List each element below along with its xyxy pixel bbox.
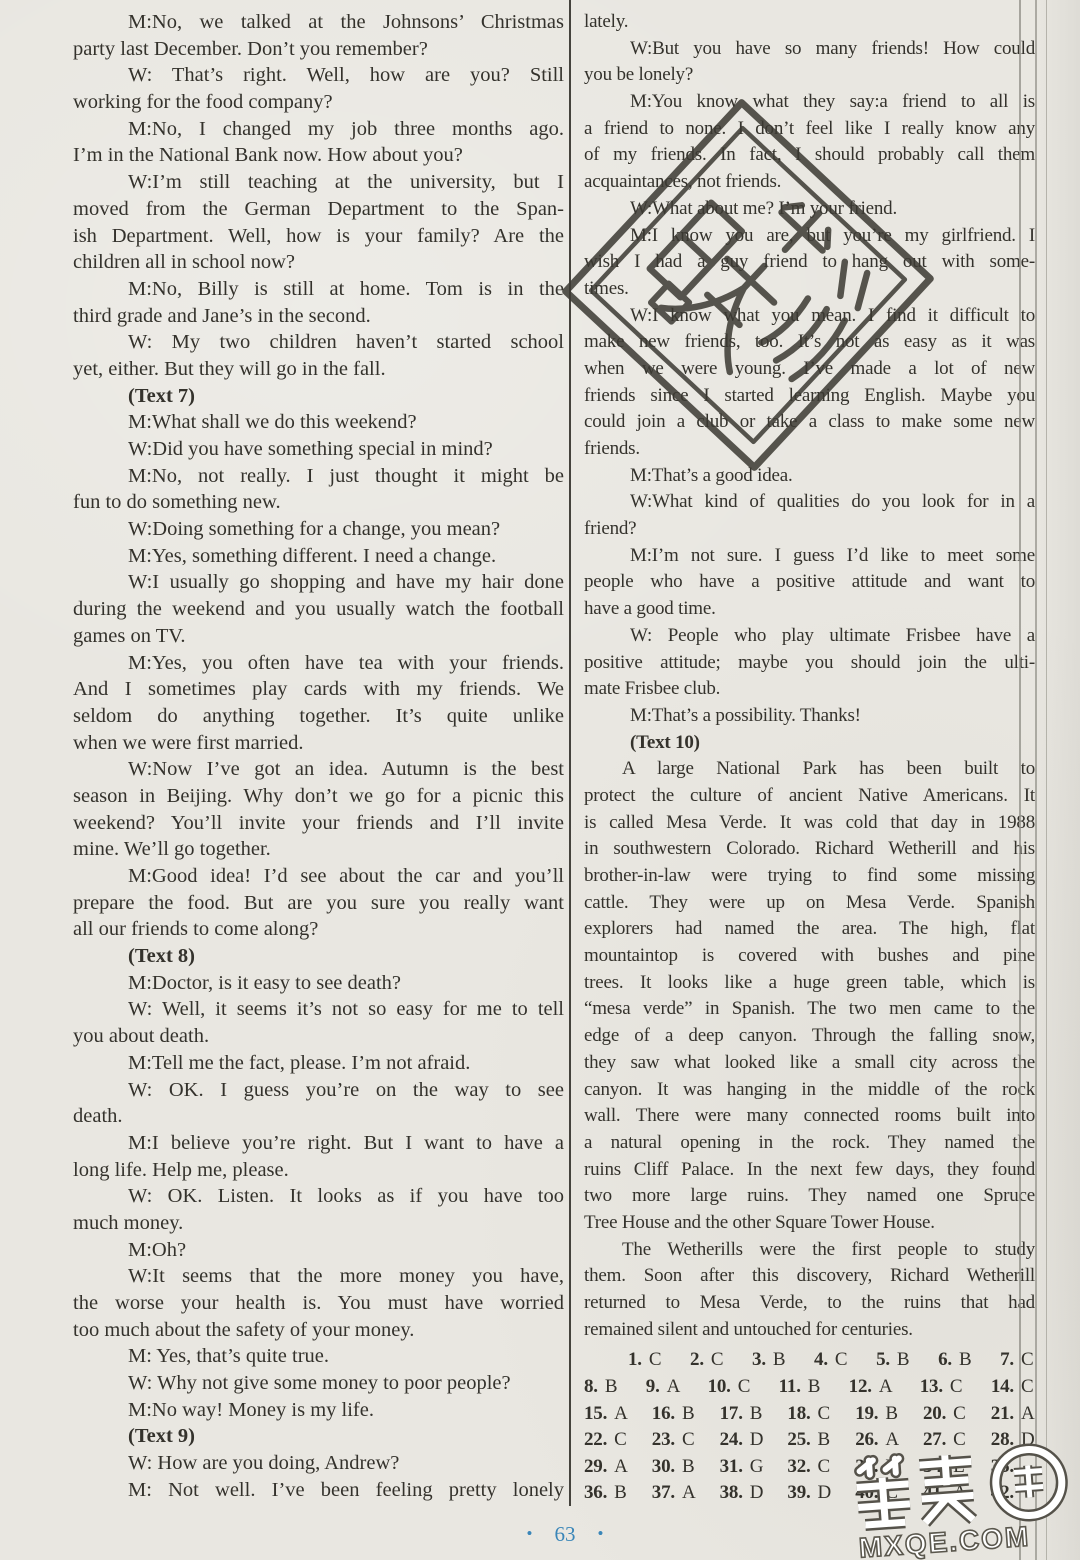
transcript-line: third grade and Jane’s in the second.: [73, 303, 564, 330]
section-heading: (Text 7): [73, 383, 564, 410]
transcript-line: brother-in-law were trying to find some …: [584, 863, 1035, 890]
transcript-line: seldom do anything together. It’s quite …: [73, 703, 564, 730]
answer-item: 20.C: [923, 1401, 967, 1428]
transcript-line: ish Department. Well, how is your family…: [73, 223, 564, 250]
answer-number: 38.: [720, 1480, 743, 1507]
transcript-line: W:Did you have something special in mind…: [73, 436, 564, 463]
transcript-line: in southwestern Colorado. Richard Wether…: [584, 836, 1035, 863]
transcript-line: M: Yes, that’s quite true.: [73, 1343, 564, 1370]
transcript-line: A large National Park has been built to: [584, 756, 1035, 783]
answer-number: 13.: [920, 1374, 943, 1401]
transcript-line: W:Doing something for a change, you mean…: [73, 516, 564, 543]
answer-item: 12.A: [849, 1374, 893, 1401]
transcript-line: during the weekend and you usually watch…: [73, 596, 564, 623]
transcript-line: wall. There were many connected rooms bu…: [584, 1103, 1035, 1130]
transcript-line: explorers had named the area. The high, …: [584, 916, 1035, 943]
answer-letter: B: [682, 1454, 696, 1481]
answer-number: 15.: [584, 1401, 607, 1428]
answer-item: 36.B: [584, 1480, 628, 1507]
transcript-line: people who have a positive attitude and …: [584, 569, 1035, 596]
answer-number: 24.: [720, 1427, 743, 1454]
transcript-line: protect the culture of ancient Native Am…: [584, 783, 1035, 810]
scan-line: [1035, 0, 1037, 1560]
transcript-line: all our friends to come along?: [73, 916, 564, 943]
transcript-line: mountaintop is covered with bushes and p…: [584, 943, 1035, 970]
answer-number: 29.: [584, 1454, 607, 1481]
answer-number: 19.: [855, 1401, 878, 1428]
transcript-line: M:No way! Money is my life.: [73, 1397, 564, 1424]
answer-number: 12.: [849, 1374, 872, 1401]
answer-item: 17.B: [720, 1401, 764, 1428]
answer-number: 6.: [938, 1347, 952, 1374]
transcript-line: W:Now I’ve got an idea. Autumn is the be…: [73, 756, 564, 783]
transcript-line: W: How are you doing, Andrew?: [73, 1450, 564, 1477]
transcript-line: W:But you have so many friends! How coul…: [584, 36, 1035, 63]
answer-item: 16.B: [652, 1401, 696, 1428]
answer-item: 1.C: [628, 1347, 663, 1374]
transcript-line: M:No, Billy is still at home. Tom is in …: [73, 276, 564, 303]
transcript-line: W: People who play ultimate Frisbee have…: [584, 623, 1035, 650]
transcript-line: M:No, not really. I just thought it migh…: [73, 463, 564, 490]
answer-letter: D: [750, 1427, 764, 1454]
answer-number: 9.: [646, 1374, 660, 1401]
answer-item: 2.C: [690, 1347, 725, 1374]
transcript-line: have a good time.: [584, 596, 1035, 623]
answer-letter: B: [818, 1427, 832, 1454]
answer-letter: C: [835, 1347, 849, 1374]
transcript-line: children all in school now?: [73, 249, 564, 276]
transcript-line: returned to Mesa Verde, to the ruins tha…: [584, 1290, 1035, 1317]
answer-number: 22.: [584, 1427, 607, 1454]
answer-letter: B: [808, 1374, 822, 1401]
answer-letter: C: [950, 1374, 964, 1401]
transcript-line: W: Well, it seems it’s not so easy for m…: [73, 996, 564, 1023]
answer-letter: C: [649, 1347, 663, 1374]
transcript-line: two more large ruins. They named one Spr…: [584, 1183, 1035, 1210]
answer-letter: G: [750, 1454, 764, 1481]
answer-letter: C: [953, 1401, 967, 1428]
transcript-line: friend?: [584, 516, 1035, 543]
answer-letter: C: [818, 1454, 832, 1481]
transcript-line: remained silent and untouched for centur…: [584, 1317, 1035, 1344]
answer-number: 20.: [923, 1401, 946, 1428]
answer-item: 19.B: [855, 1401, 899, 1428]
transcript-line: M:No, we talked at the Johnsons’ Christm…: [73, 9, 564, 36]
answer-item: 9.A: [646, 1374, 681, 1401]
answer-number: 30.: [652, 1454, 675, 1481]
answer-item: 3.B: [752, 1347, 787, 1374]
transcript-line: M: Not well. I’ve been feeling pretty lo…: [73, 1477, 564, 1504]
transcript-line: And I sometimes play cards with my frien…: [73, 676, 564, 703]
answer-letter: B: [682, 1401, 696, 1428]
transcript-line: the worse your health is. You must have …: [73, 1290, 564, 1317]
answer-number: 10.: [708, 1374, 731, 1401]
answer-letter: D: [750, 1480, 764, 1507]
transcript-line: “mesa verde” in Spanish. The two men cam…: [584, 996, 1035, 1023]
footer-dot: •: [598, 1524, 604, 1543]
answer-letter: B: [773, 1347, 787, 1374]
transcript-line: a natural opening in the rock. They name…: [584, 1130, 1035, 1157]
transcript-line: when we were first married.: [73, 730, 564, 757]
answer-item: 38.D: [720, 1480, 764, 1507]
answer-row: 15.A16.B17.B18.C19.B20.C21.A: [584, 1401, 1035, 1428]
transcript-line: fun to do something new.: [73, 489, 564, 516]
answer-letter: C: [614, 1427, 628, 1454]
transcript-line: trees. It looks like a huge green table,…: [584, 970, 1035, 997]
answer-item: 37.A: [652, 1480, 696, 1507]
answer-number: 39.: [787, 1480, 810, 1507]
answer-number: 14.: [991, 1374, 1014, 1401]
answer-number: 7.: [1000, 1347, 1014, 1374]
answer-number: 3.: [752, 1347, 766, 1374]
transcript-line: ruins Cliff Palace. In the next few days…: [584, 1157, 1035, 1184]
answer-item: 5.B: [876, 1347, 911, 1374]
answer-item: 25.B: [787, 1427, 831, 1454]
transcript-line: you about death.: [73, 1023, 564, 1050]
transcript-line: W:I’m still teaching at the university, …: [73, 169, 564, 196]
answer-item: 10.C: [708, 1374, 752, 1401]
transcript-line: W: My two children haven’t started schoo…: [73, 329, 564, 356]
answer-item: 21.A: [991, 1401, 1035, 1428]
transcript-line: M:No, I changed my job three months ago.: [73, 116, 564, 143]
answer-number: 21.: [991, 1401, 1014, 1428]
answer-item: 6.B: [938, 1347, 973, 1374]
answer-letter: A: [1021, 1401, 1035, 1428]
answer-letter: B: [614, 1480, 628, 1507]
section-heading: (Text 9): [73, 1423, 564, 1450]
answer-number: 16.: [652, 1401, 675, 1428]
transcript-line: games on TV.: [73, 623, 564, 650]
transcript-line: season in Beijing. Why don’t we go for a…: [73, 783, 564, 810]
transcript-line: too much about the safety of your money.: [73, 1317, 564, 1344]
answer-letter: D: [818, 1480, 832, 1507]
answer-number: 23.: [652, 1427, 675, 1454]
answer-number: 17.: [720, 1401, 743, 1428]
answer-letter: B: [605, 1374, 619, 1401]
answer-number: 4.: [814, 1347, 828, 1374]
transcript-line: M:I’m not sure. I guess I’d like to meet…: [584, 543, 1035, 570]
answer-letter: B: [885, 1401, 899, 1428]
transcript-line: prepare the food. But are you sure you r…: [73, 890, 564, 917]
edge-shade: [1034, 0, 1080, 1560]
answer-letter: C: [711, 1347, 725, 1374]
answer-item: 18.C: [787, 1401, 831, 1428]
footer-dot: •: [527, 1524, 533, 1543]
transcript-line: W:What kind of qualities do you look for…: [584, 489, 1035, 516]
answer-number: 8.: [584, 1374, 598, 1401]
page-footer: •63•: [455, 1521, 675, 1547]
transcript-line: I’m in the National Bank now. How about …: [73, 142, 564, 169]
transcript-line: W: That’s right. Well, how are you? Stil…: [73, 62, 564, 89]
transcript-line: W:I usually go shopping and have my hair…: [73, 569, 564, 596]
answer-letter: B: [750, 1401, 764, 1428]
transcript-line: weekend? You’ll invite your friends and …: [73, 810, 564, 837]
answer-item: 24.D: [720, 1427, 764, 1454]
page-root: M:No, we talked at the Johnsons’ Christm…: [0, 0, 1080, 1560]
transcript-line: is called Mesa Verde. It was cold that d…: [584, 810, 1035, 837]
answer-item: 29.A: [584, 1454, 628, 1481]
transcript-line: death.: [73, 1103, 564, 1130]
scan-line: [1019, 0, 1021, 1560]
transcript-line: M:Tell me the fact, please. I’m not afra…: [73, 1050, 564, 1077]
answer-number: 31.: [720, 1454, 743, 1481]
answer-number: 25.: [787, 1427, 810, 1454]
transcript-line: working for the food company?: [73, 89, 564, 116]
answer-number: 36.: [584, 1480, 607, 1507]
transcript-line: W:It seems that the more money you have,: [73, 1263, 564, 1290]
transcript-line: moved from the German Department to the …: [73, 196, 564, 223]
answer-item: 4.C: [814, 1347, 849, 1374]
answer-letter: A: [682, 1480, 696, 1507]
transcript-line: M:Doctor, is it easy to see death?: [73, 970, 564, 997]
transcript-line: W: OK. I guess you’re on the way to see: [73, 1077, 564, 1104]
answer-letter: C: [1021, 1347, 1035, 1374]
transcript-line: M:What shall we do this weekend?: [73, 409, 564, 436]
answer-letter: C: [818, 1401, 832, 1428]
seal-stamp-watermark: [545, 82, 951, 488]
answer-row: 8.B9.A10.C11.B12.A13.C14.C: [584, 1374, 1035, 1401]
answer-number: 2.: [690, 1347, 704, 1374]
answer-item: 15.A: [584, 1401, 628, 1428]
answer-item: 11.B: [779, 1374, 822, 1401]
answer-number: 32.: [787, 1454, 810, 1481]
transcript-line: mine. We’ll go together.: [73, 836, 564, 863]
answer-letter: C: [1021, 1374, 1035, 1401]
transcript-line: The Wetherills were the first people to …: [584, 1237, 1035, 1264]
brand-watermark: MXQE.COM: [848, 1442, 1080, 1560]
transcript-line: they saw what looked like a small city a…: [584, 1050, 1035, 1077]
transcript-line: W: Why not give some money to poor peopl…: [73, 1370, 564, 1397]
transcript-line: much money.: [73, 1210, 564, 1237]
answer-item: 30.B: [652, 1454, 696, 1481]
answer-letter: A: [614, 1401, 628, 1428]
answer-number: 37.: [652, 1480, 675, 1507]
transcript-line: party last December. Don’t you remember?: [73, 36, 564, 63]
answer-item: 14.C: [991, 1374, 1035, 1401]
transcript-line: long life. Help me, please.: [73, 1157, 564, 1184]
section-heading: (Text 10): [584, 730, 1035, 757]
answer-number: 11.: [779, 1374, 801, 1401]
transcript-line: M:Oh?: [73, 1237, 564, 1264]
answer-item: 8.B: [584, 1374, 619, 1401]
answer-item: 23.C: [652, 1427, 696, 1454]
answer-letter: B: [897, 1347, 911, 1374]
answer-letter: B: [959, 1347, 973, 1374]
answer-item: 13.C: [920, 1374, 964, 1401]
answer-item: 7.C: [1000, 1347, 1035, 1374]
scan-line: [1046, 0, 1047, 1560]
answer-item: 39.D: [787, 1480, 831, 1507]
answer-number: 5.: [876, 1347, 890, 1374]
transcript-line: lately.: [584, 9, 1035, 36]
transcript-line: canyon. It was hanging in the middle of …: [584, 1077, 1035, 1104]
transcript-line: yet, either. But they will go in the fal…: [73, 356, 564, 383]
transcript-line: M:That’s a possibility. Thanks!: [584, 703, 1035, 730]
answer-item: 31.G: [720, 1454, 764, 1481]
answer-item: 22.C: [584, 1427, 628, 1454]
section-heading: (Text 8): [73, 943, 564, 970]
transcript-line: them. Soon after this discovery, Richard…: [584, 1263, 1035, 1290]
transcript-line: mate Frisbee club.: [584, 676, 1035, 703]
answer-item: 32.C: [787, 1454, 831, 1481]
page-number: 63: [555, 1522, 576, 1546]
transcript-line: M:Yes, you often have tea with your frie…: [73, 650, 564, 677]
transcript-line: Tree House and the other Square Tower Ho…: [584, 1210, 1035, 1237]
answer-letter: A: [879, 1374, 893, 1401]
left-column: M:No, we talked at the Johnsons’ Christm…: [73, 9, 564, 1504]
answer-letter: A: [667, 1374, 681, 1401]
answer-letter: C: [682, 1427, 696, 1454]
transcript-line: edge of a deep canyon. Through the falli…: [584, 1023, 1035, 1050]
transcript-line: W: OK. Listen. It looks as if you have t…: [73, 1183, 564, 1210]
answer-number: 18.: [787, 1401, 810, 1428]
answer-letter: C: [738, 1374, 752, 1401]
answer-row: 1.C2.C3.B4.C5.B6.B7.C: [584, 1347, 1035, 1374]
answer-letter: A: [614, 1454, 628, 1481]
transcript-line: cattle. They were up on Mesa Verde. Span…: [584, 890, 1035, 917]
transcript-line: positive attitude; maybe you should join…: [584, 650, 1035, 677]
transcript-line: M:Good idea! I’d see about the car and y…: [73, 863, 564, 890]
answer-number: 1.: [628, 1347, 642, 1374]
transcript-line: M:I believe you’re right. But I want to …: [73, 1130, 564, 1157]
transcript-line: M:Yes, something different. I need a cha…: [73, 543, 564, 570]
